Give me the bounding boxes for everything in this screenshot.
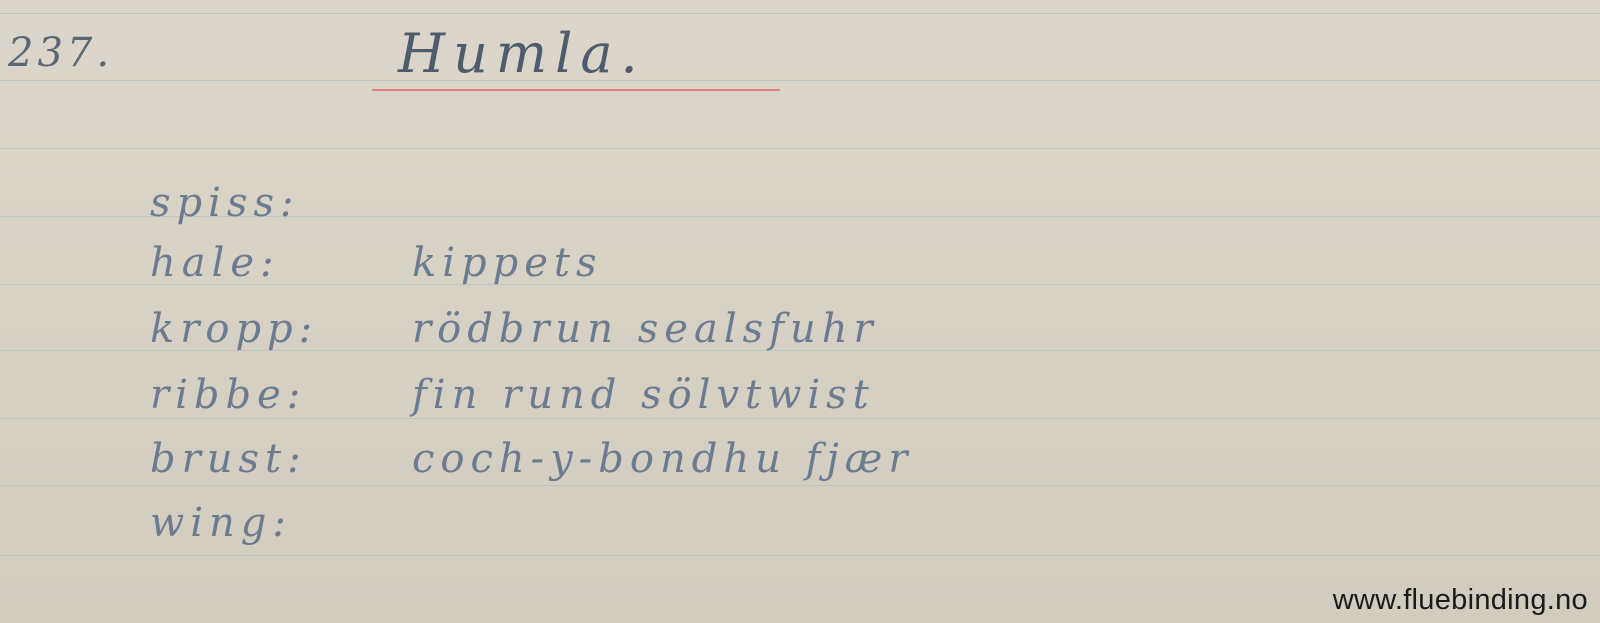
ruled-line bbox=[0, 555, 1600, 556]
ruled-line bbox=[0, 148, 1600, 149]
recipe-label-tail: hale: bbox=[150, 240, 280, 286]
entry-number: 237. bbox=[8, 30, 113, 76]
recipe-value-hackle: coch-y-bondhu fjær bbox=[412, 436, 914, 482]
recipe-label-tip: spiss: bbox=[150, 180, 299, 226]
ruled-line bbox=[0, 418, 1600, 419]
recipe-label-rib: ribbe: bbox=[150, 372, 306, 418]
ruled-line bbox=[0, 80, 1600, 81]
title-underline bbox=[372, 89, 780, 91]
recipe-value-tail: kippets bbox=[412, 240, 603, 286]
fly-pattern-title: Humla. bbox=[398, 22, 646, 85]
recipe-value-rib: fin rund sölvtwist bbox=[412, 372, 875, 418]
notebook-page: 237. Humla. spiss: hale: kippets kropp: … bbox=[0, 0, 1600, 623]
recipe-value-body: rödbrun sealsfuhr bbox=[412, 306, 879, 352]
website-watermark: www.fluebinding.no bbox=[1333, 584, 1588, 617]
ruled-line bbox=[0, 13, 1600, 14]
recipe-label-hackle: brust: bbox=[150, 436, 307, 482]
ruled-line bbox=[0, 485, 1600, 486]
recipe-label-body: kropp: bbox=[150, 306, 318, 352]
recipe-label-wing: wing: bbox=[150, 500, 292, 546]
